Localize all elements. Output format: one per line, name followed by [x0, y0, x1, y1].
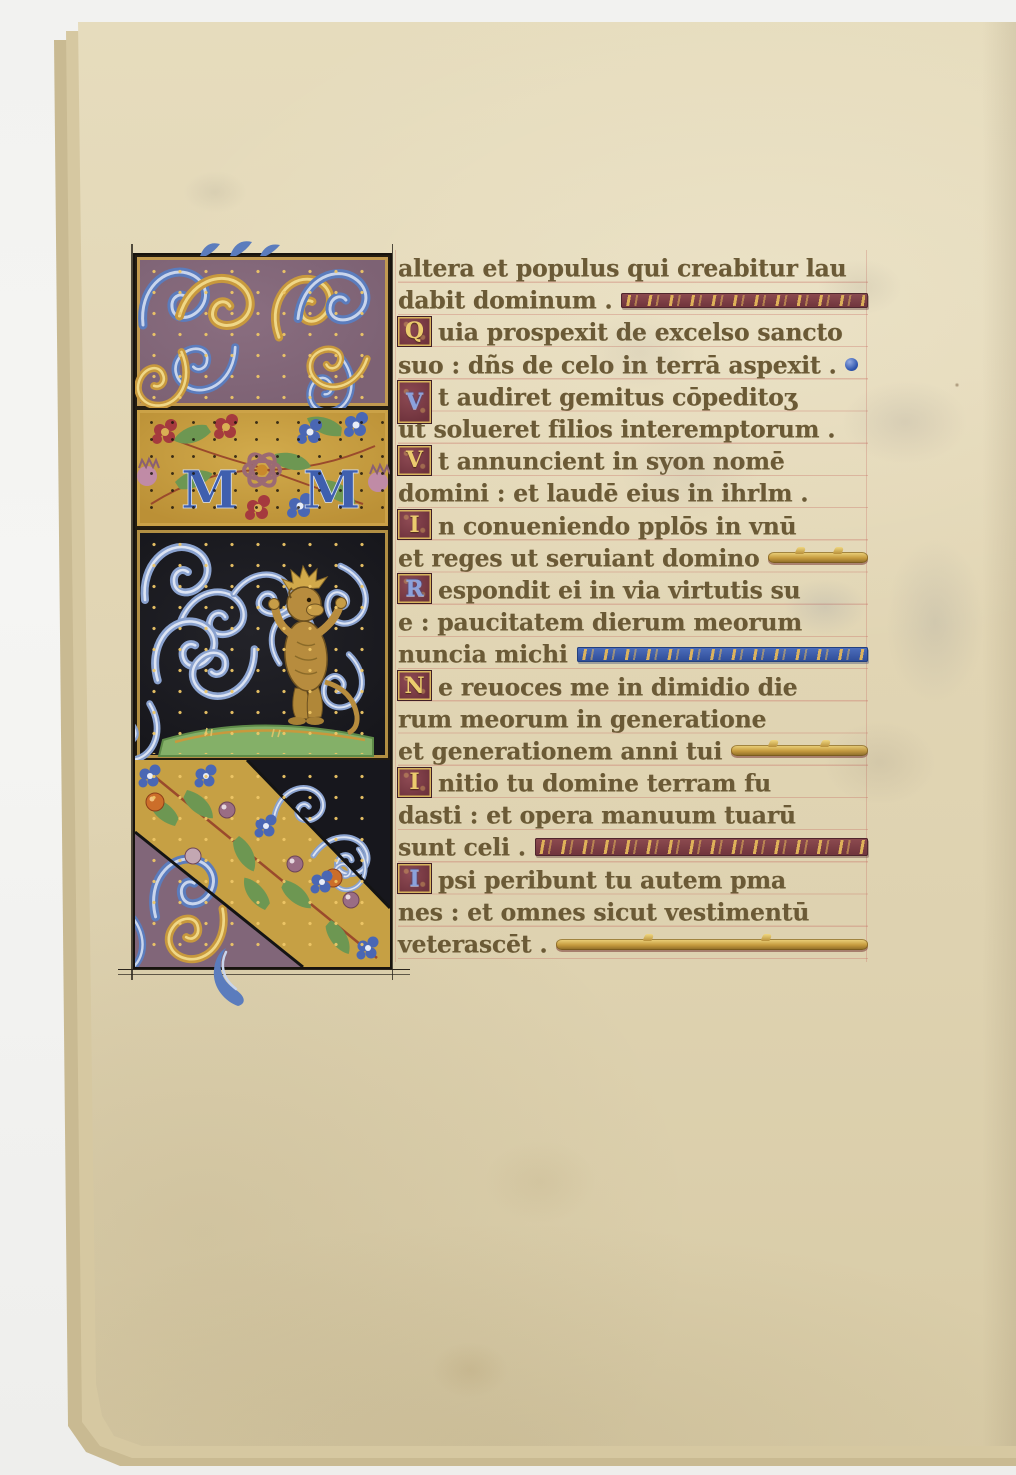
manuscript-line: Vt audiret gemitus cōpeditoʒ [398, 381, 868, 413]
manuscript-line: Ne reuoces me in dimidio die [398, 670, 868, 702]
versal-initial: N [398, 671, 431, 700]
photograph-of-manuscript-leaf: M M [0, 0, 1016, 1475]
monogram-letter-right: M [303, 460, 361, 521]
line-text: rum meorum in generatione [398, 704, 766, 733]
line-text: dasti : et opera manuum tuarū [398, 801, 796, 830]
line-filler-dot-blue [845, 358, 858, 371]
manuscript-line: nes : et omnes sicut vestimentū [398, 896, 868, 928]
manuscript-leaf: M M [0, 22, 1016, 1446]
manuscript-line: suo : dñs de celo in terrā aspexit . [398, 349, 868, 381]
panel-ruling-left [131, 244, 133, 980]
line-text: domini : et laudē eius in ihrlm . [398, 479, 808, 508]
manuscript-line: et generationem anni tui [398, 735, 868, 767]
illuminated-border-panel: M M [135, 255, 390, 967]
line-text: dabit dominum . [398, 286, 612, 315]
panel-ruling-bottom-2 [118, 974, 410, 976]
versal-initial: V [398, 446, 431, 475]
acanthus-mauve-art [135, 255, 390, 408]
manuscript-line: et reges ut seruiant domino [398, 542, 868, 574]
line-text: ut solueret filios interemptorum . [398, 414, 835, 443]
manuscript-line: altera et populus qui creabitur lau [398, 252, 868, 284]
manuscript-line: Initio tu domine terram fu [398, 767, 868, 799]
versal-initial: I [398, 864, 431, 893]
panel-section-floral-monogram: M M [135, 408, 390, 528]
line-text: e : paucitatem dierum meorum [398, 607, 802, 636]
beast-panel-art [135, 528, 390, 760]
panel-section-acanthus-mauve [135, 255, 390, 408]
monogram-letter-left: M [181, 460, 239, 521]
line-text: veterascēt . [398, 929, 547, 958]
line-text: et generationem anni tui [398, 736, 722, 765]
line-filler-branch-gold [768, 552, 868, 563]
manuscript-line: Quia prospexit de excelso sancto [398, 316, 868, 348]
line-filler-acanthus-maroon [535, 838, 868, 856]
line-text: n conueniendo pplōs in vnū [438, 511, 796, 540]
line-text: sunt celi . [398, 833, 526, 862]
line-text: suo : dñs de celo in terrā aspexit . [398, 350, 837, 379]
line-filler-branch-gold-long [556, 939, 868, 950]
line-filler-vine-blue [577, 647, 868, 662]
line-text: t audiret gemitus cōpeditoʒ [438, 382, 797, 411]
manuscript-line: ut solueret filios interemptorum . [398, 413, 868, 445]
line-text: nuncia michi [398, 640, 568, 669]
text-block: altera et populus qui creabitur laudabit… [398, 252, 868, 960]
manuscript-line: sunt celi . [398, 831, 868, 863]
floral-monogram-art: M M [135, 408, 390, 528]
manuscript-line: domini : et laudē eius in ihrlm . [398, 477, 868, 509]
panel-section-beast [135, 528, 390, 760]
line-text: altera et populus qui creabitur lau [398, 253, 846, 282]
diagonal-panel-art [135, 760, 390, 967]
manuscript-line: dabit dominum . [398, 284, 868, 316]
line-text: psi peribunt tu autem pma [438, 865, 786, 894]
versal-initial: Q [398, 317, 431, 346]
manuscript-line: e : paucitatem dierum meorum [398, 606, 868, 638]
manuscript-line: Ipsi peribunt tu autem pma [398, 864, 868, 896]
manuscript-line: rum meorum in generatione [398, 703, 868, 735]
manuscript-line: Respondit ei in via virtutis su [398, 574, 868, 606]
manuscript-line: In conueniendo pplōs in vnū [398, 510, 868, 542]
versal-initial: R [398, 574, 431, 603]
panel-ruling-right [392, 244, 394, 980]
line-filler-branch-gold [731, 745, 868, 756]
line-text: espondit ei in via virtutis su [438, 575, 800, 604]
manuscript-line: nuncia michi [398, 638, 868, 670]
line-text: e reuoces me in dimidio die [438, 672, 797, 701]
line-text: uia prospexit de excelso sancto [438, 318, 842, 347]
manuscript-line: Vt annuncient in syon nomē [398, 445, 868, 477]
panel-section-diagonal [135, 760, 390, 967]
line-text: nes : et omnes sicut vestimentū [398, 897, 809, 926]
manuscript-line: veterascēt . [398, 928, 868, 960]
panel-ruling-bottom [118, 969, 410, 971]
versal-initial: I [398, 768, 431, 797]
versal-initial: V [398, 381, 431, 423]
ruling-vertical-left [395, 250, 396, 962]
line-text: et reges ut seruiant domino [398, 543, 759, 572]
line-text: t annuncient in syon nomē [438, 447, 785, 476]
line-text: nitio tu domine terram fu [438, 768, 771, 797]
line-filler-vine-maroon [621, 293, 868, 308]
versal-initial: I [398, 510, 431, 539]
manuscript-line: dasti : et opera manuum tuarū [398, 799, 868, 831]
